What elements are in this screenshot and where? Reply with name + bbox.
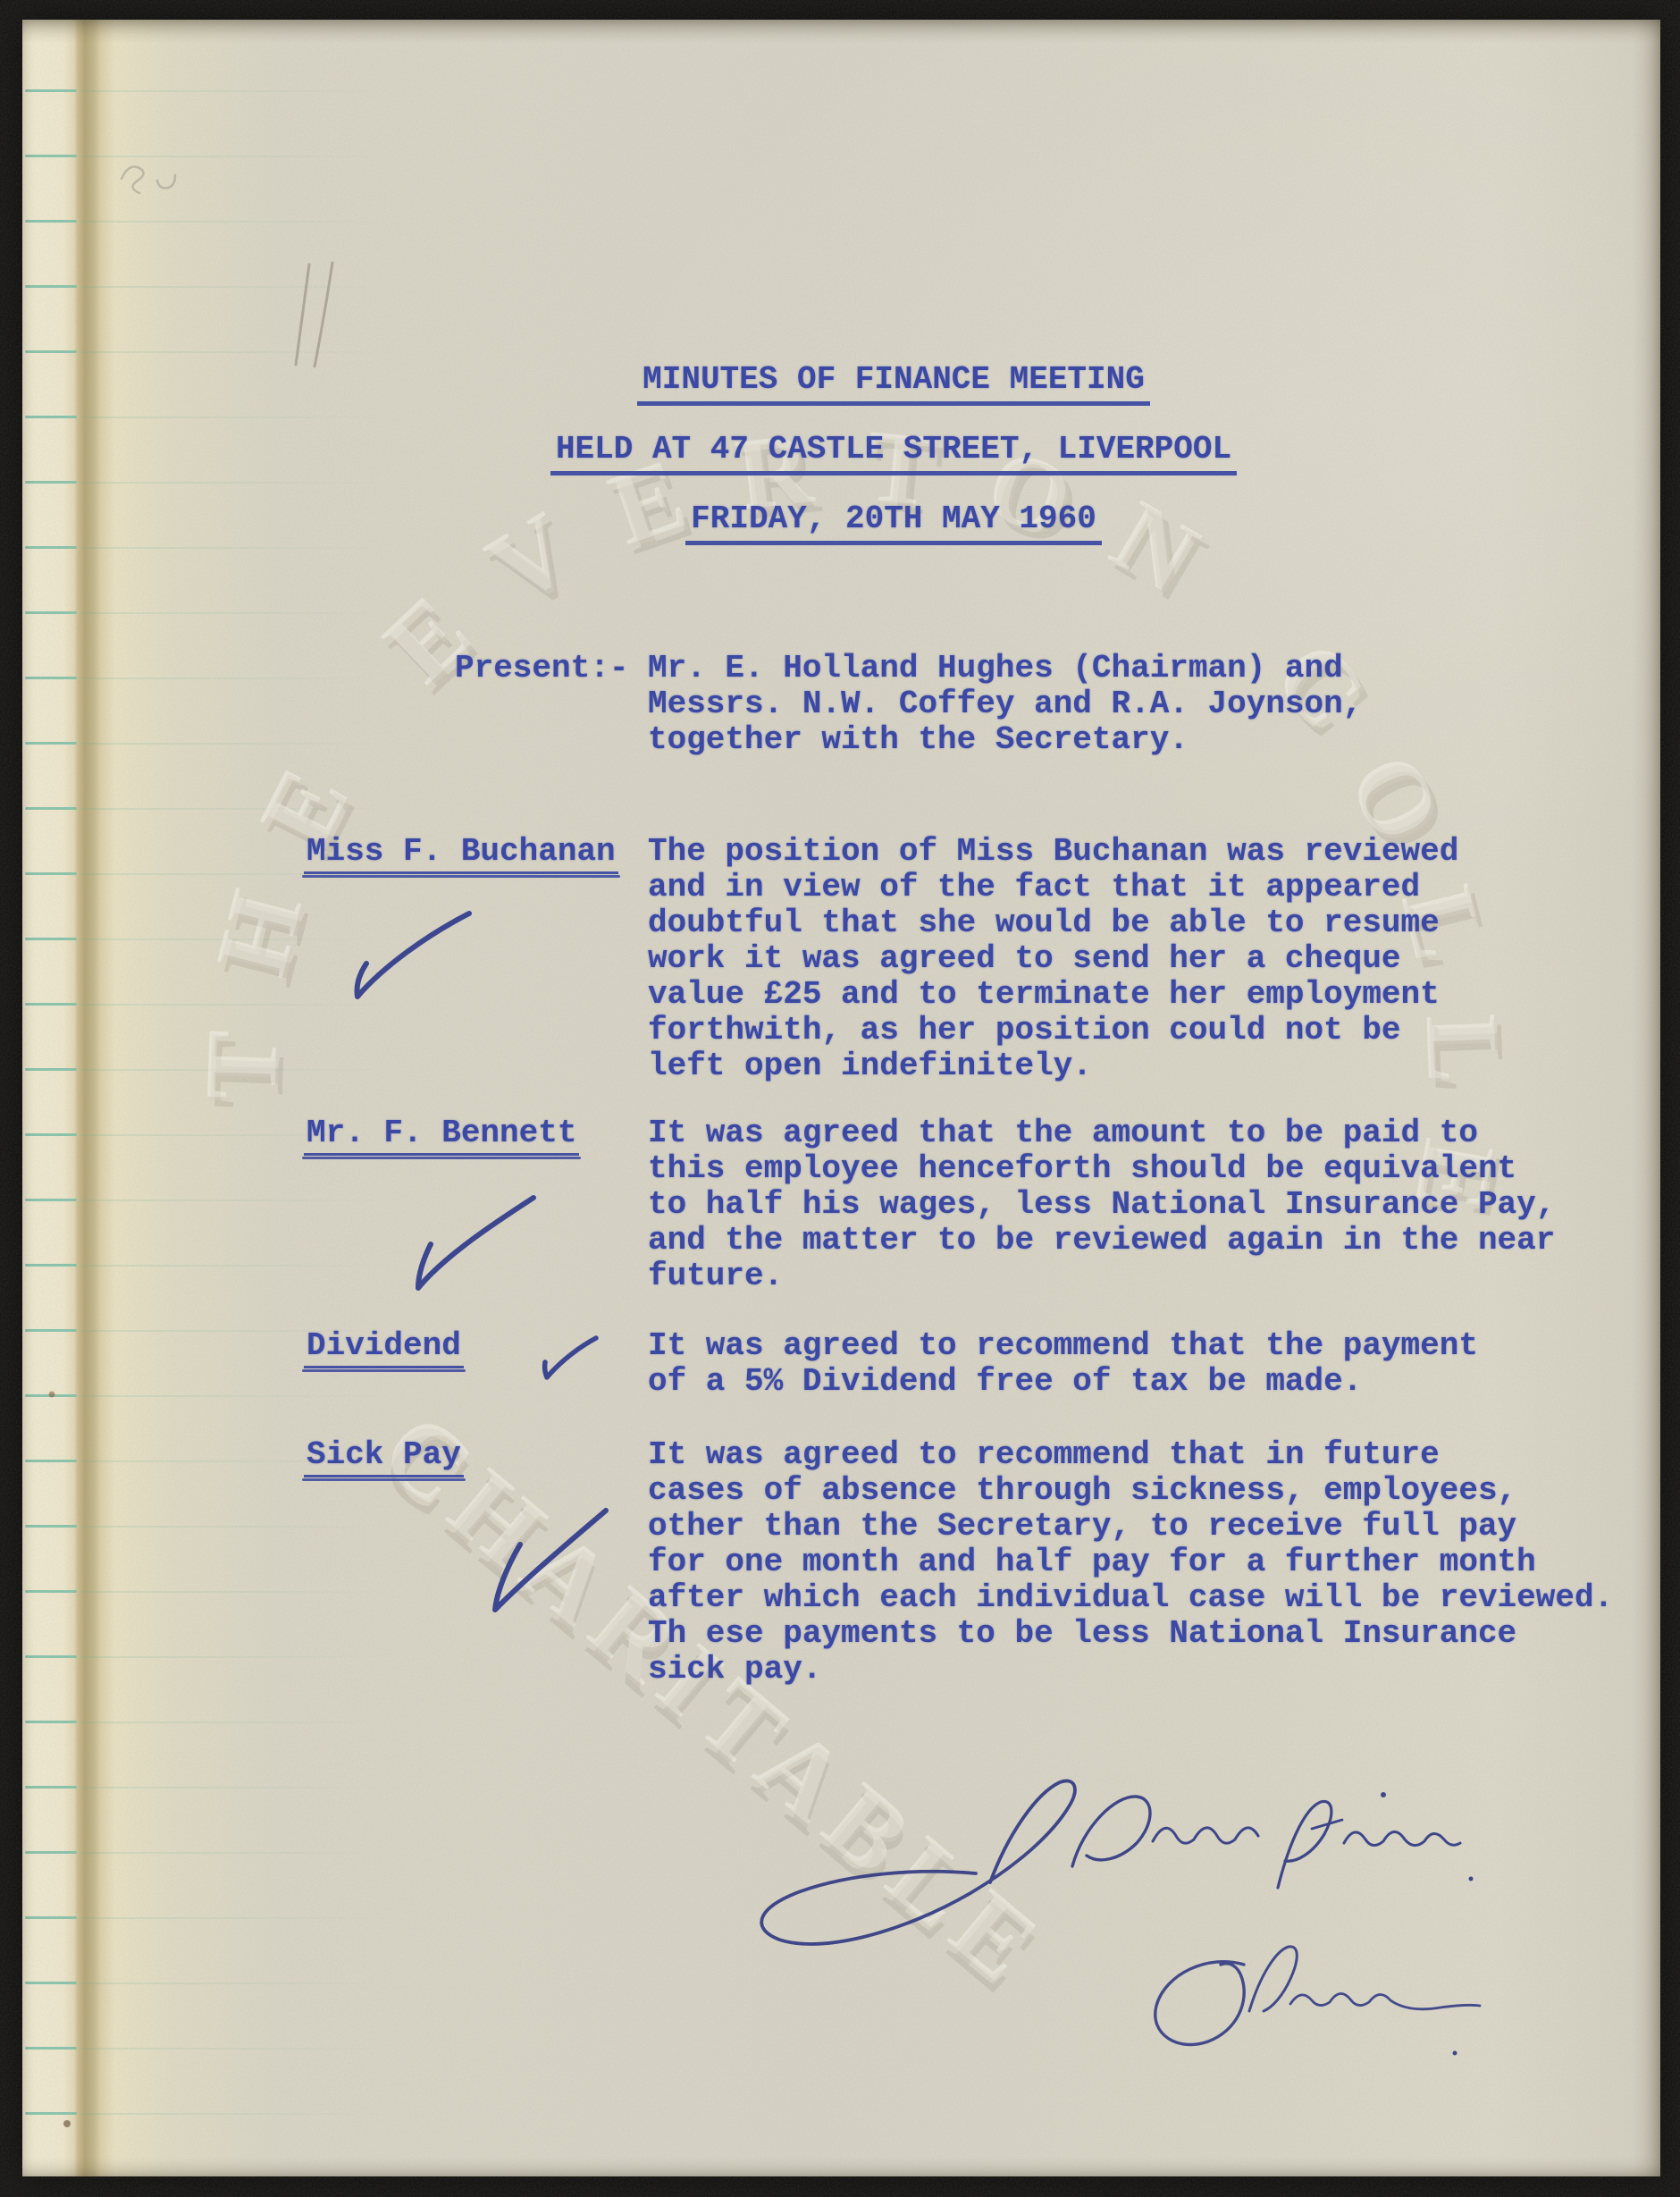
section-body-dividend: It was agreed to recommend that the paym…	[648, 1328, 1478, 1400]
title-line-1: MINUTES OF FINANCE MEETING	[75, 362, 1680, 406]
section-body-buchanan: The position of Miss Buchanan was review…	[648, 834, 1458, 1084]
typewritten-text-layer: MINUTES OF FINANCE MEETING HELD AT 47 CA…	[0, 0, 1680, 2197]
section-heading-bennett: Mr. F. Bennett	[304, 1115, 579, 1156]
section-body-bennett: It was agreed that the amount to be paid…	[648, 1115, 1555, 1294]
section-heading-dividend: Dividend	[304, 1328, 464, 1368]
present-label: Present:-	[455, 651, 628, 686]
section-body-sick-pay: It was agreed to recommend that in futur…	[648, 1437, 1613, 1688]
title-line-3: FRIDAY, 20TH MAY 1960	[75, 501, 1680, 545]
scanned-document-photo: THE EVERTON COLLECTION THE EVERTON COLLE…	[0, 0, 1680, 2197]
present-text: Mr. E. Holland Hughes (Chairman) and Mes…	[648, 651, 1362, 758]
title-line-2: HELD AT 47 CASTLE STREET, LIVERPOOL	[75, 432, 1680, 476]
section-heading-sick-pay: Sick Pay	[304, 1437, 464, 1477]
section-heading-buchanan: Miss F. Buchanan	[304, 834, 618, 874]
